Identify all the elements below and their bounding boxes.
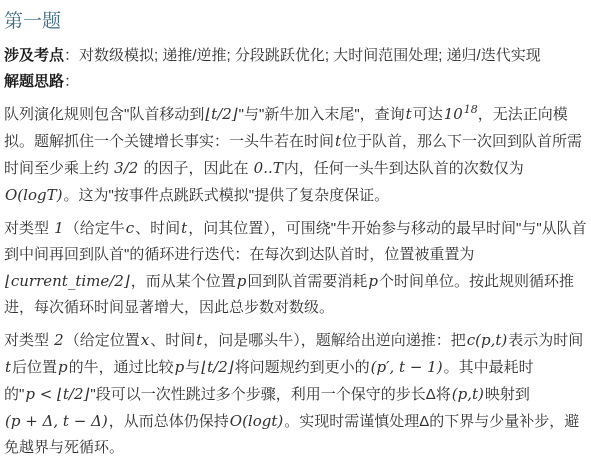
math-inline: (p,t) xyxy=(451,385,485,403)
math-inline: 10 xyxy=(443,105,464,123)
math-inline: 0..T xyxy=(253,159,284,177)
math-inline: ⌊t/2⌋ xyxy=(204,105,238,123)
math-inline: 1 xyxy=(53,219,65,237)
problem-solution-document: 第一题 涉及考点：对数级模拟; 递推/逆推; 分段跳跃优化; 大时间范围处理; … xyxy=(0,0,591,461)
math-inline: p < ⌊t/2⌋ xyxy=(24,385,90,403)
math-inline: t xyxy=(405,105,413,123)
math-inline: c xyxy=(125,219,135,237)
math-inline: t xyxy=(334,132,342,150)
math-inline: 3/2 xyxy=(113,159,139,177)
document-page: { "colors": { "background": "#ffffff", "… xyxy=(0,0,591,471)
math-superscript: 18 xyxy=(464,103,478,116)
math-inline: p xyxy=(174,358,186,376)
math-inline: t xyxy=(195,331,203,349)
topics-list: 对数级模拟; 递推/逆推; 分段跳跃优化; 大时间范围处理; 递归/迭代实现 xyxy=(79,47,541,64)
math-inline: ⌊t/2⌋ xyxy=(200,358,234,376)
math-inline: p xyxy=(236,272,248,290)
math-inline: p xyxy=(367,272,379,290)
math-inline: ⌊current_time/2⌋ xyxy=(4,272,131,290)
paragraph-query-type-2: 对类型 2（给定位置x、时间t，问是哪头牛），题解给出逆向递推：把c(p,t)表… xyxy=(4,327,587,461)
math-inline: (p + Δ, t − Δ) xyxy=(4,412,109,430)
math-inline: t xyxy=(180,219,188,237)
math-inline: 2 xyxy=(53,331,65,349)
paragraph-query-type-1: 对类型 1（给定牛c、时间t，问其位置），可围绕"牛开始参与移动的最早时间"与"… xyxy=(4,215,587,321)
math-inline: p xyxy=(57,358,69,376)
topics-colon: ： xyxy=(64,47,79,64)
approach-label: 解题思路 xyxy=(4,73,64,90)
topics-label: 涉及考点 xyxy=(4,47,64,64)
math-inline: c(p,t) xyxy=(466,331,509,349)
approach-colon: ： xyxy=(64,73,79,90)
page-title: 第一题 xyxy=(4,10,587,34)
math-inline: O(logt) xyxy=(229,412,284,430)
math-inline: t xyxy=(4,358,12,376)
paragraph-complexity-argument: 队列演化规则包含"队首移动到⌊t/2⌋"与"新牛加入末尾"，查询t可达1018，… xyxy=(4,101,587,209)
math-inline: x xyxy=(140,331,150,349)
math-inline: (p′, t − 1) xyxy=(370,358,444,376)
meta-block: 涉及考点：对数级模拟; 递推/逆推; 分段跳跃优化; 大时间范围处理; 递归/迭… xyxy=(4,43,587,95)
math-inline: O(logT) xyxy=(4,186,63,204)
